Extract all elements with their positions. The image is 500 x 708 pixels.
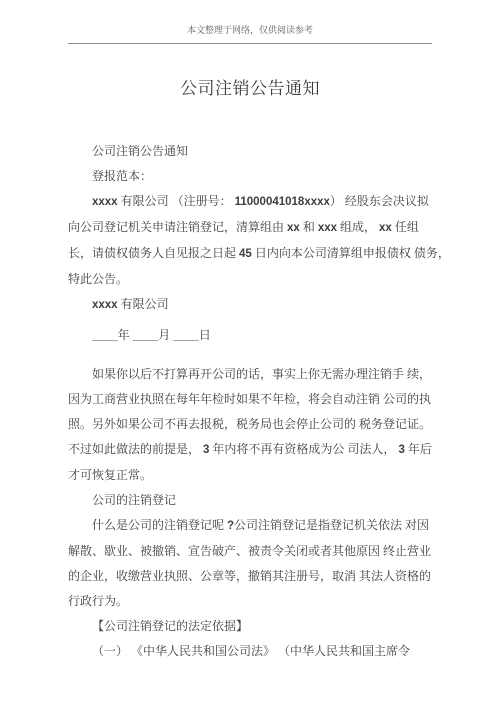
body-line: 登报范本：: [68, 164, 440, 189]
paragraph: xxxx 有限公司 （注册号： 11000041018xxxx） 经股东会决议拟…: [68, 189, 440, 292]
latin-text-run: xx: [379, 222, 392, 234]
body-line: 长，请债权债务人自见报之日起 45 日内向本公司清算组申报债权 债务，: [68, 241, 440, 267]
body-line: xxxx 有限公司: [68, 292, 440, 318]
body-line: 向公司登记机关申请注销登记，清算组由 xx 和 xxx 组成， xx 任组: [68, 215, 440, 241]
body-line: 不过如此做法的前提是， 3 年内将不再有资格成为公 司法人， 3 年后: [68, 437, 440, 463]
paragraph: 【公司注销登记的法定依据】: [68, 614, 440, 639]
latin-text-run: xx: [287, 222, 300, 234]
latin-text-run: ____: [133, 330, 159, 342]
body-line: （一） 《中华人民共和国公司法》 （中华人民共和国主席令: [68, 639, 440, 664]
body-line: 行政行为。: [68, 589, 440, 614]
latin-text-run: ____: [173, 330, 199, 342]
latin-text-run: 45: [239, 248, 252, 260]
body-line: 什么是公司的注销登记呢 ?公司注销登记是指登记机关依法 对因: [68, 513, 440, 539]
page-title: 公司注销公告通知: [0, 77, 500, 101]
paragraph: 如果你以后不打算再开公司的话，事实上你无需办理注销手 续，因为工商营业执照在每年…: [68, 362, 440, 488]
paragraph: 登报范本：: [68, 164, 440, 189]
document-body: 公司注销公告通知登报范本：xxxx 有限公司 （注册号： 11000041018…: [0, 139, 500, 664]
body-line: 公司的注销登记: [68, 488, 440, 513]
latin-text-run: xxxx: [92, 196, 118, 208]
body-line: 照。另外如果公司不再去报税，税务局也会停止公司的 税务登记证。: [68, 412, 440, 437]
paragraph: 公司注销公告通知: [68, 139, 440, 164]
body-line: 才可恢复正常。: [68, 463, 440, 488]
body-line: xxxx 有限公司 （注册号： 11000041018xxxx） 经股东会决议拟: [68, 189, 440, 215]
latin-text-run: 3: [398, 444, 404, 456]
header-note: 本文整理于网络，仅供阅读参考: [0, 0, 500, 36]
paragraph: 公司的注销登记: [68, 488, 440, 513]
body-line: 解散、歇业、被撤销、宣告破产、被责令关闭或者其他原因 终止营业: [68, 539, 440, 564]
body-line: 因为工商营业执照在每年年检时如果不年检，将会自动注销 公司的执: [68, 387, 440, 412]
latin-text-run: 3: [203, 444, 209, 456]
latin-text-run: 11000041018xxxx: [235, 196, 330, 208]
body-line: 【公司注销登记的法定依据】: [68, 614, 440, 639]
body-line: 的企业，收缴营业执照、公章等，撤销其注册号，取消 其法人资格的: [68, 564, 440, 589]
body-line: 公司注销公告通知: [68, 139, 440, 164]
body-line: ____年 ____月 ____日: [68, 323, 440, 349]
body-line: 特此公告。: [68, 267, 440, 292]
paragraph: xxxx 有限公司: [68, 292, 440, 318]
paragraph: 什么是公司的注销登记呢 ?公司注销登记是指登记机关依法 对因解散、歇业、被撤销、…: [68, 513, 440, 614]
body-line: 如果你以后不打算再开公司的话，事实上你无需办理注销手 续，: [68, 362, 440, 387]
latin-text-run: ____: [92, 330, 118, 342]
paragraph: （一） 《中华人民共和国公司法》 （中华人民共和国主席令: [68, 639, 440, 664]
header-divider: [68, 43, 432, 44]
paragraph: ____年 ____月 ____日: [68, 323, 440, 349]
latin-text-run: xxx: [318, 222, 337, 234]
latin-text-run: xxxx: [92, 299, 118, 311]
document-page: 本文整理于网络，仅供阅读参考 公司注销公告通知 公司注销公告通知登报范本：xxx…: [0, 0, 500, 708]
latin-text-run: ?: [227, 520, 234, 532]
